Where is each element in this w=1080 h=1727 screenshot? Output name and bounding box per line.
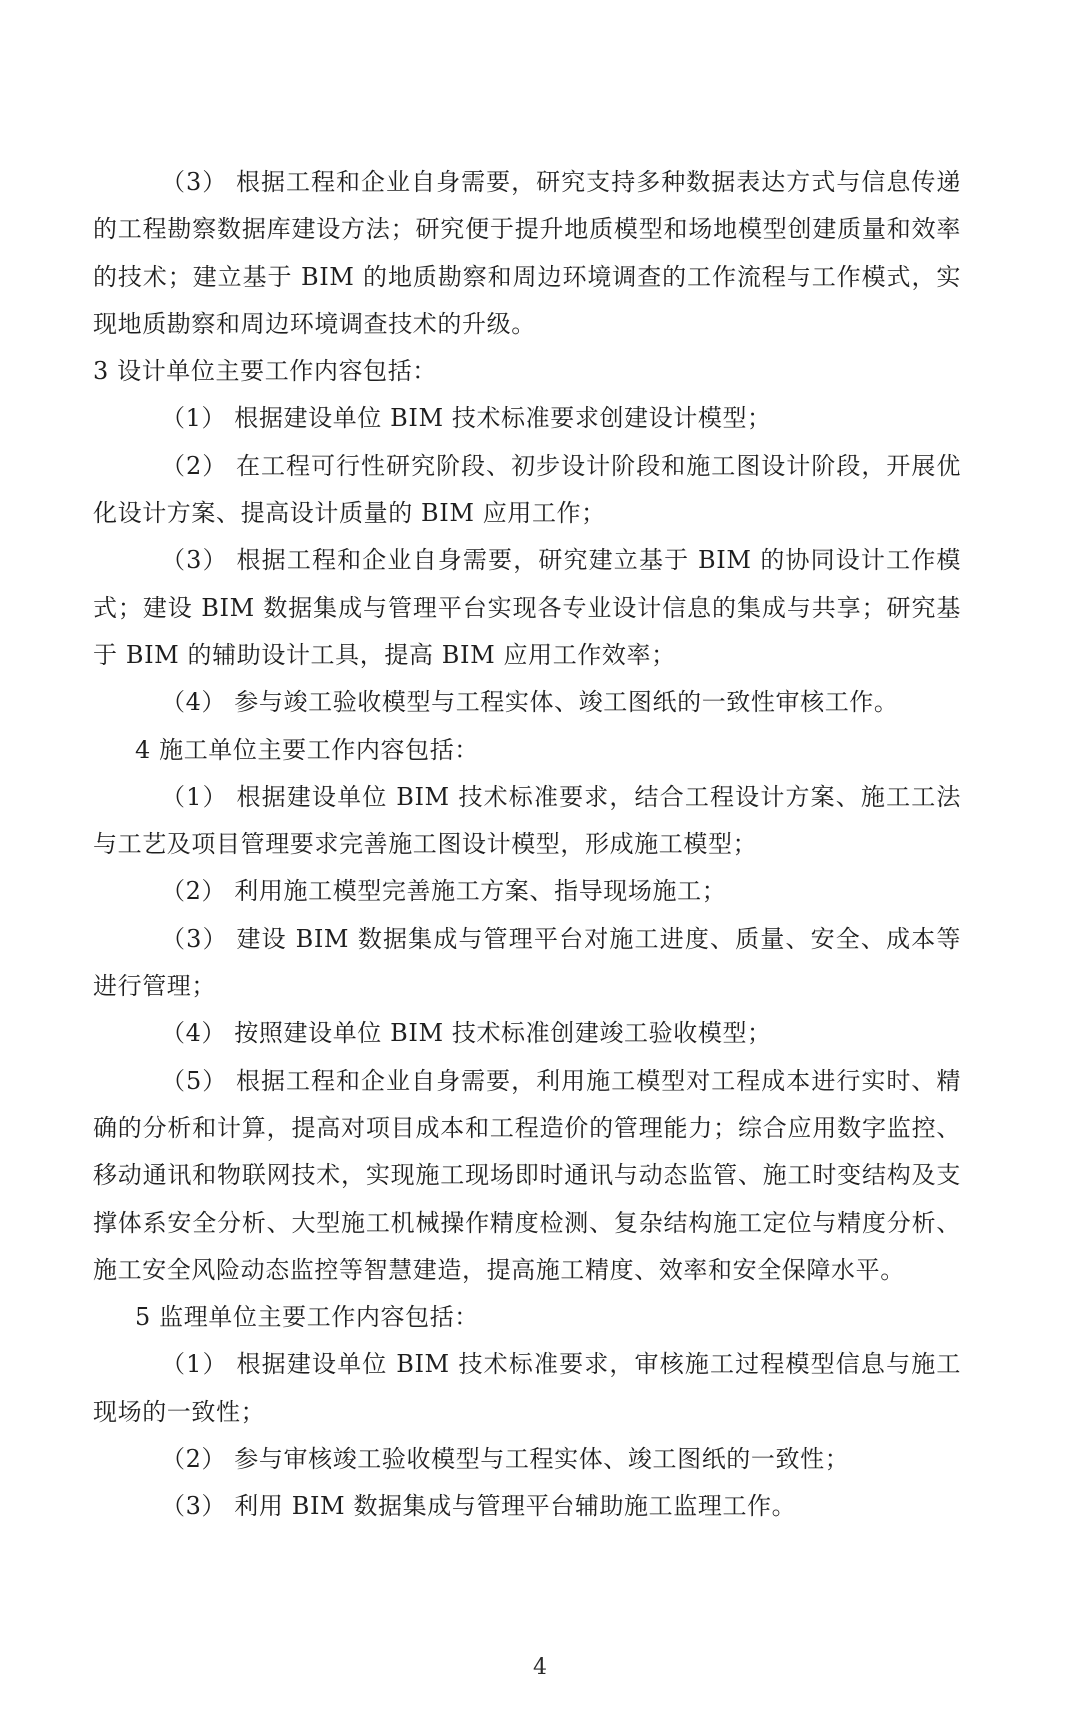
paragraph-design-item-1: （1） 根据建设单位 BIM 技术标准要求创建设计模型； xyxy=(93,395,961,442)
paragraph-construction-item-3: （3） 建设 BIM 数据集成与管理平台对施工进度、质量、安全、成本等进行管理； xyxy=(93,916,961,1011)
paragraph-design-item-2: （2） 在工程可行性研究阶段、初步设计阶段和施工图设计阶段，开展优化设计方案、提… xyxy=(93,443,961,538)
document-page: （3） 根据工程和企业自身需要，研究支持多种数据表达方式与信息传递的工程勘察数据… xyxy=(93,159,961,1531)
paragraph-construction-item-4: （4） 按照建设单位 BIM 技术标准创建竣工验收模型； xyxy=(93,1010,961,1057)
paragraph-supervision-item-2: （2） 参与审核竣工验收模型与工程实体、竣工图纸的一致性； xyxy=(93,1436,961,1483)
page-number: 4 xyxy=(0,1655,1080,1680)
paragraph-construction-item-2: （2） 利用施工模型完善施工方案、指导现场施工； xyxy=(93,868,961,915)
paragraph-design-item-4: （4） 参与竣工验收模型与工程实体、竣工图纸的一致性审核工作。 xyxy=(93,679,961,726)
section-heading-construction-unit: 4 施工单位主要工作内容包括： xyxy=(93,727,961,774)
paragraph-supervision-item-1: （1） 根据建设单位 BIM 技术标准要求，审核施工过程模型信息与施工现场的一致… xyxy=(93,1341,961,1436)
paragraph-construction-item-1: （1） 根据建设单位 BIM 技术标准要求，结合工程设计方案、施工工法与工艺及项… xyxy=(93,774,961,869)
section-heading-design-unit: 3 设计单位主要工作内容包括： xyxy=(93,348,961,395)
paragraph-design-item-3: （3） 根据工程和企业自身需要，研究建立基于 BIM 的协同设计工作模式；建设 … xyxy=(93,537,961,679)
paragraph-survey-item-3: （3） 根据工程和企业自身需要，研究支持多种数据表达方式与信息传递的工程勘察数据… xyxy=(93,159,961,348)
paragraph-construction-item-5: （5） 根据工程和企业自身需要，利用施工模型对工程成本进行实时、精确的分析和计算… xyxy=(93,1058,961,1294)
section-heading-supervision-unit: 5 监理单位主要工作内容包括： xyxy=(93,1294,961,1341)
paragraph-supervision-item-3: （3） 利用 BIM 数据集成与管理平台辅助施工监理工作。 xyxy=(93,1483,961,1530)
